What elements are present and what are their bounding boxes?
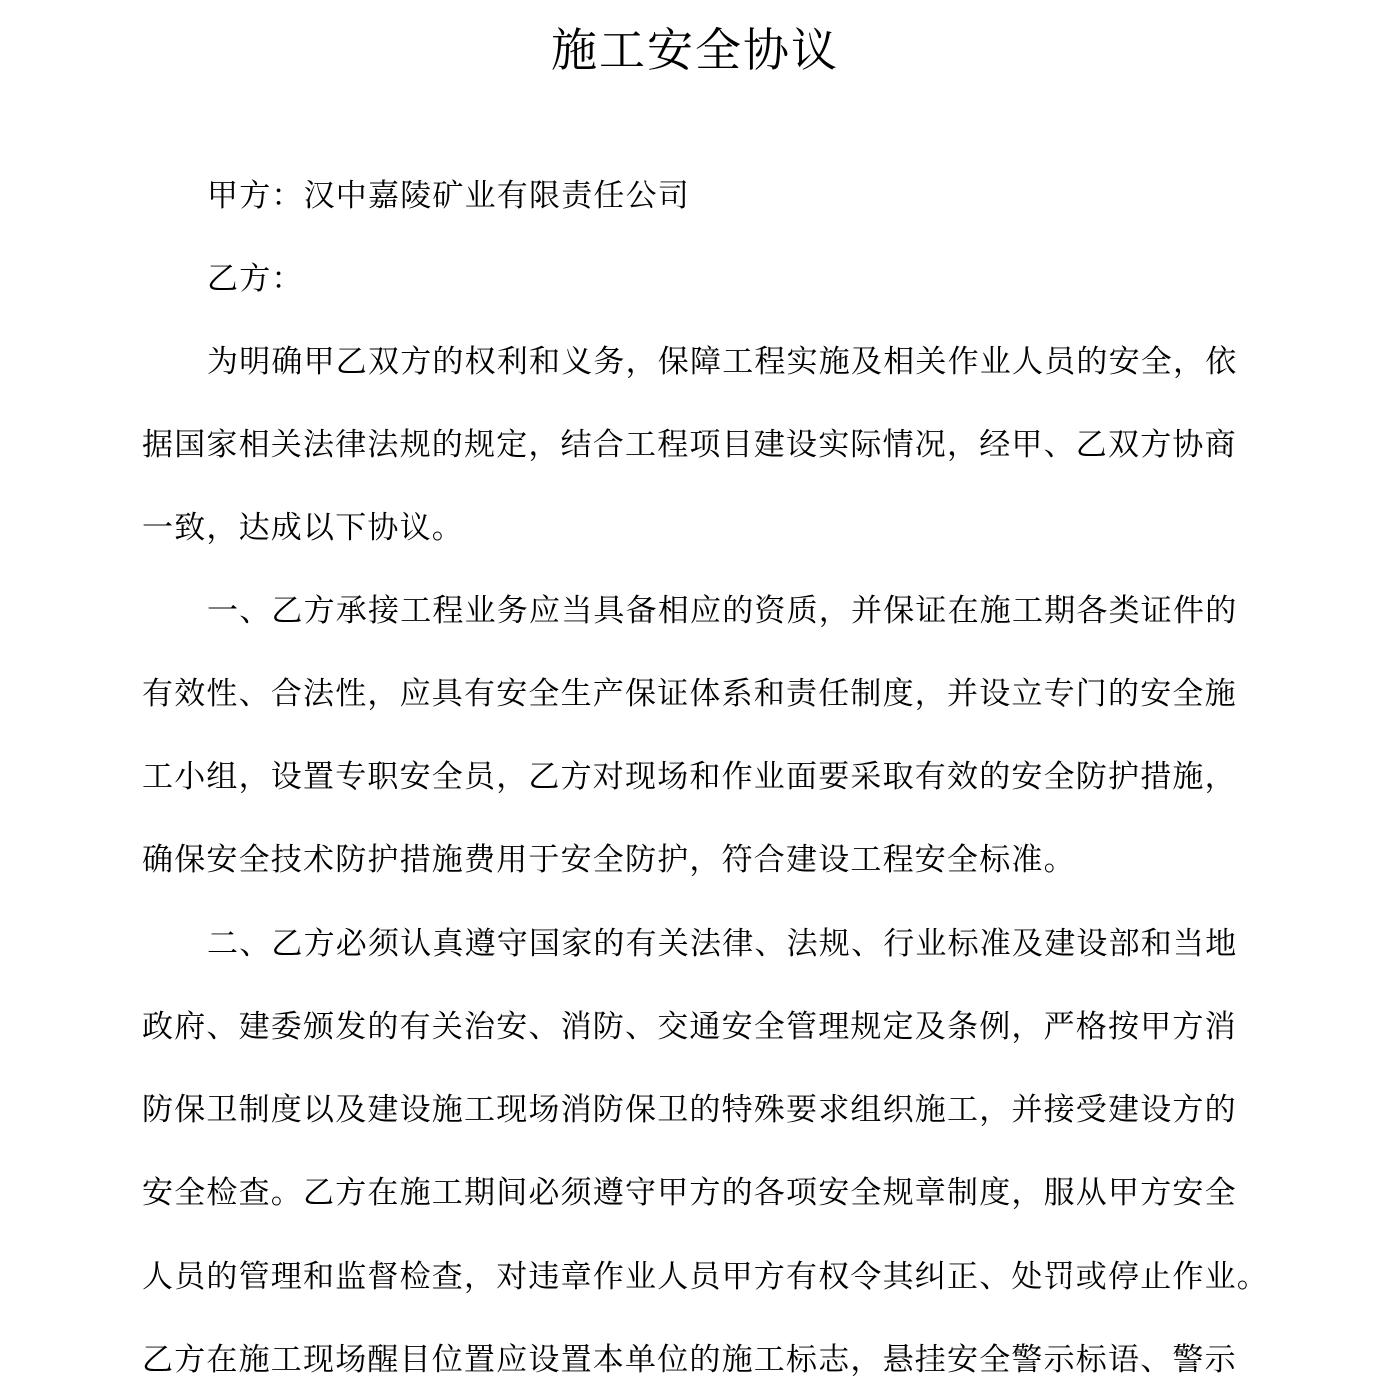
document-title: 施工安全协议 <box>0 22 1390 78</box>
paragraph-line: 二、乙方必须认真遵守国家的有关法律、法规、行业标准及建设部和当地 <box>207 924 1237 964</box>
paragraph-line: 一、乙方承接工程业务应当具备相应的资质，并保证在施工期各类证件的 <box>207 591 1237 631</box>
paragraph-line: 一致，达成以下协议。 <box>142 508 464 548</box>
paragraph-line: 有效性、合法性，应具有安全生产保证体系和责任制度，并设立专门的安全施 <box>142 674 1237 714</box>
paragraph-line: 为明确甲乙双方的权利和义务，保障工程实施及相关作业人员的安全，依 <box>207 342 1237 382</box>
paragraph-line: 确保安全技术防护措施费用于安全防护，符合建设工程安全标准。 <box>142 840 1076 880</box>
party-a-line: 甲方：汉中嘉陵矿业有限责任公司 <box>207 176 690 216</box>
paragraph-line: 防保卫制度以及建设施工现场消防保卫的特殊要求组织施工，并接受建设方的 <box>142 1090 1237 1130</box>
paragraph-line: 工小组，设置专职安全员，乙方对现场和作业面要采取有效的安全防护措施， <box>142 757 1237 797</box>
paragraph-line: 乙方在施工现场醒目位置应设置本单位的施工标志，悬挂安全警示标语、警示 <box>142 1340 1237 1380</box>
document-page: 施工安全协议 甲方：汉中嘉陵矿业有限责任公司 乙方： 为明确甲乙双方的权利和义务… <box>0 0 1390 1390</box>
party-b-line: 乙方： <box>207 259 304 299</box>
paragraph-line: 政府、建委颁发的有关治安、消防、交通安全管理规定及条例，严格按甲方消 <box>142 1007 1237 1047</box>
paragraph-line: 安全检查。乙方在施工期间必须遵守甲方的各项安全规章制度，服从甲方安全 <box>142 1173 1237 1213</box>
paragraph-line: 据国家相关法律法规的规定，结合工程项目建设实际情况，经甲、乙双方协商 <box>142 425 1237 465</box>
paragraph-line: 人员的管理和监督检查，对违章作业人员甲方有权令其纠正、处罚或停止作业。 <box>142 1257 1269 1297</box>
